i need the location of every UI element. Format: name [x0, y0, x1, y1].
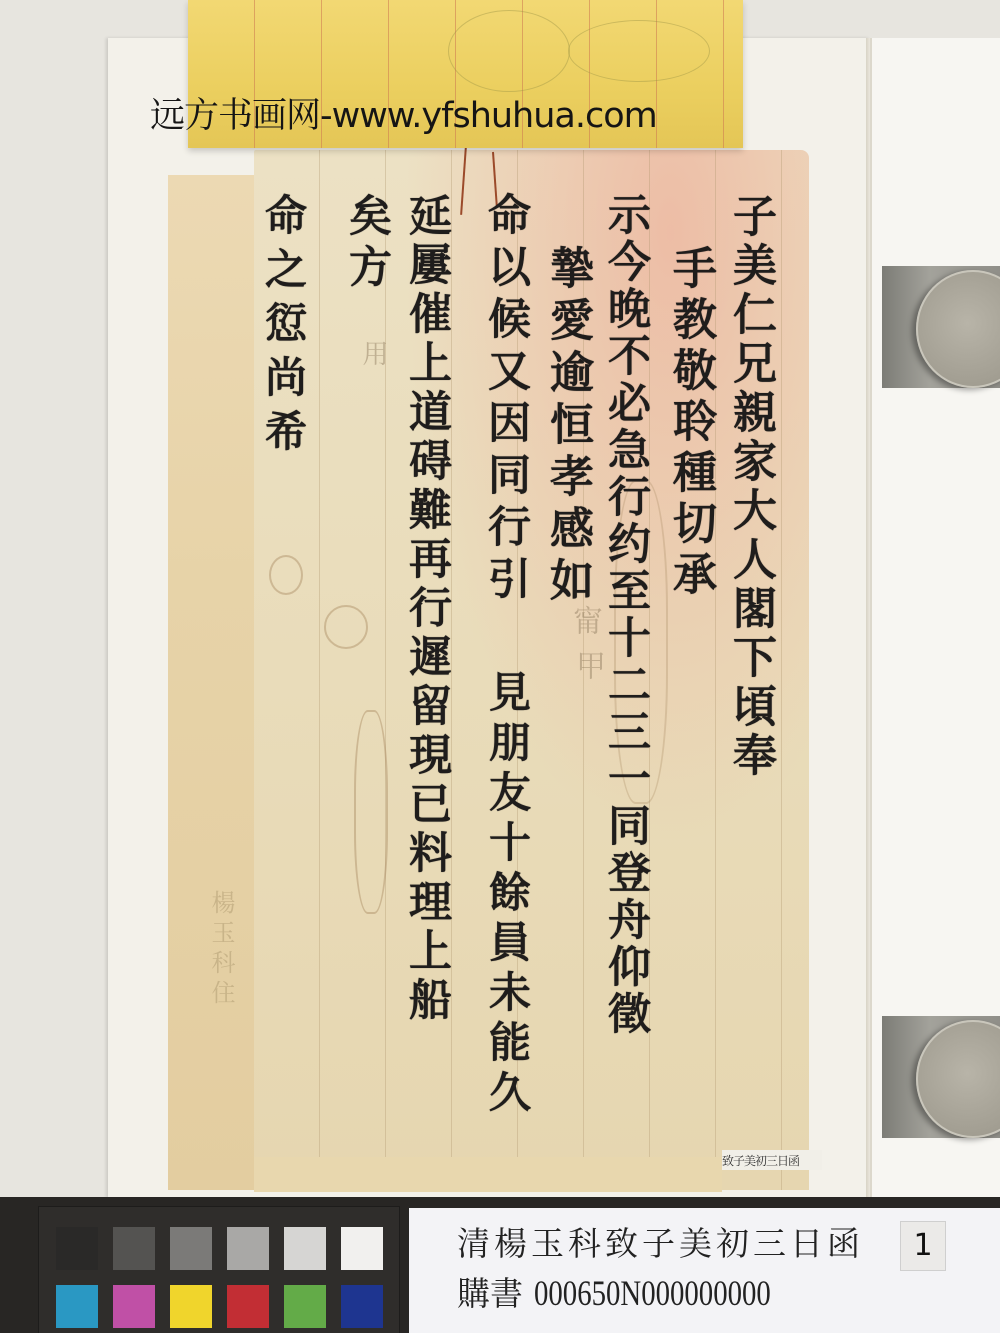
letter-lower-edge: [254, 1157, 722, 1192]
color-swatch-magenta: [113, 1285, 155, 1328]
catalog-id-line: 購書 000650N000000000: [457, 1268, 830, 1315]
yellow-sketch: [568, 20, 710, 82]
gray-swatch-4: [227, 1227, 269, 1270]
page-number-badge: 1: [900, 1221, 946, 1271]
faint-char: 住: [207, 980, 235, 1010]
catalog-label-card: 清楊玉科致子美初三日函 1 購書 000650N000000000: [409, 1208, 1000, 1333]
calligraphy-column-4: 摯愛逾恒孝感如: [545, 245, 589, 609]
calligraphy-column-5: 命以候又因同行引: [484, 192, 527, 608]
calligraphy-column-9: 命之愆尚希: [262, 193, 304, 463]
gray-swatch-1: [56, 1227, 98, 1270]
calligraphy-column-6: 見朋友十餘員未能久: [486, 670, 528, 1120]
color-swatch-cyan: [56, 1285, 98, 1328]
calligraphy-column-7: 延屢催上道碍難再行遲留現已料理上船: [405, 193, 448, 1026]
faint-mark: 甯: [562, 605, 606, 641]
magnet-icon: [916, 1020, 1000, 1138]
calligraphy-column-3: 示今晚不必急行约至十二三一同登舟仰徵: [604, 192, 647, 1038]
calligraphy-column-1: 子美仁兄親家大人閣下頃奉: [728, 193, 772, 781]
gray-swatch-2: [113, 1227, 155, 1270]
color-swatch-green: [284, 1285, 326, 1328]
watermark-text: 远方书画网-www.yfshuhua.com: [150, 88, 657, 138]
magnet-holder-bottom: [882, 1016, 1000, 1138]
gray-swatch-5: [284, 1227, 326, 1270]
catalog-code: 000650N000000000: [534, 1272, 771, 1314]
pencil-sketch: [269, 555, 303, 595]
color-swatch-blue: [341, 1285, 383, 1328]
magnet-holder-top: [882, 266, 1000, 388]
pencil-sketch: [354, 710, 388, 914]
calligraphy-column-2: 手教敬聆種切承: [668, 245, 712, 602]
faint-mark: 用: [355, 340, 392, 372]
letter-back-sheet: [168, 175, 260, 1190]
color-swatch-yellow: [170, 1285, 212, 1328]
small-caption: 致子美初三日函: [722, 1152, 799, 1169]
faint-signature: 楊玉科住: [204, 890, 239, 1010]
yellow-sketch: [448, 10, 570, 92]
color-calibration-card: [38, 1206, 400, 1333]
gray-swatch-3: [170, 1227, 212, 1270]
catalog-prefix: 購書: [457, 1274, 523, 1313]
gray-swatch-6: [341, 1227, 383, 1270]
magnet-icon: [916, 270, 1000, 388]
pencil-sketch: [324, 605, 368, 649]
calligraphy-column-8: 矣方: [345, 193, 388, 295]
faint-char: 楊: [207, 890, 235, 920]
catalog-title: 清楊玉科致子美初三日函: [457, 1218, 864, 1265]
faint-char: 科: [207, 950, 235, 980]
faint-char: 玉: [207, 920, 235, 950]
color-swatch-red: [227, 1285, 269, 1328]
